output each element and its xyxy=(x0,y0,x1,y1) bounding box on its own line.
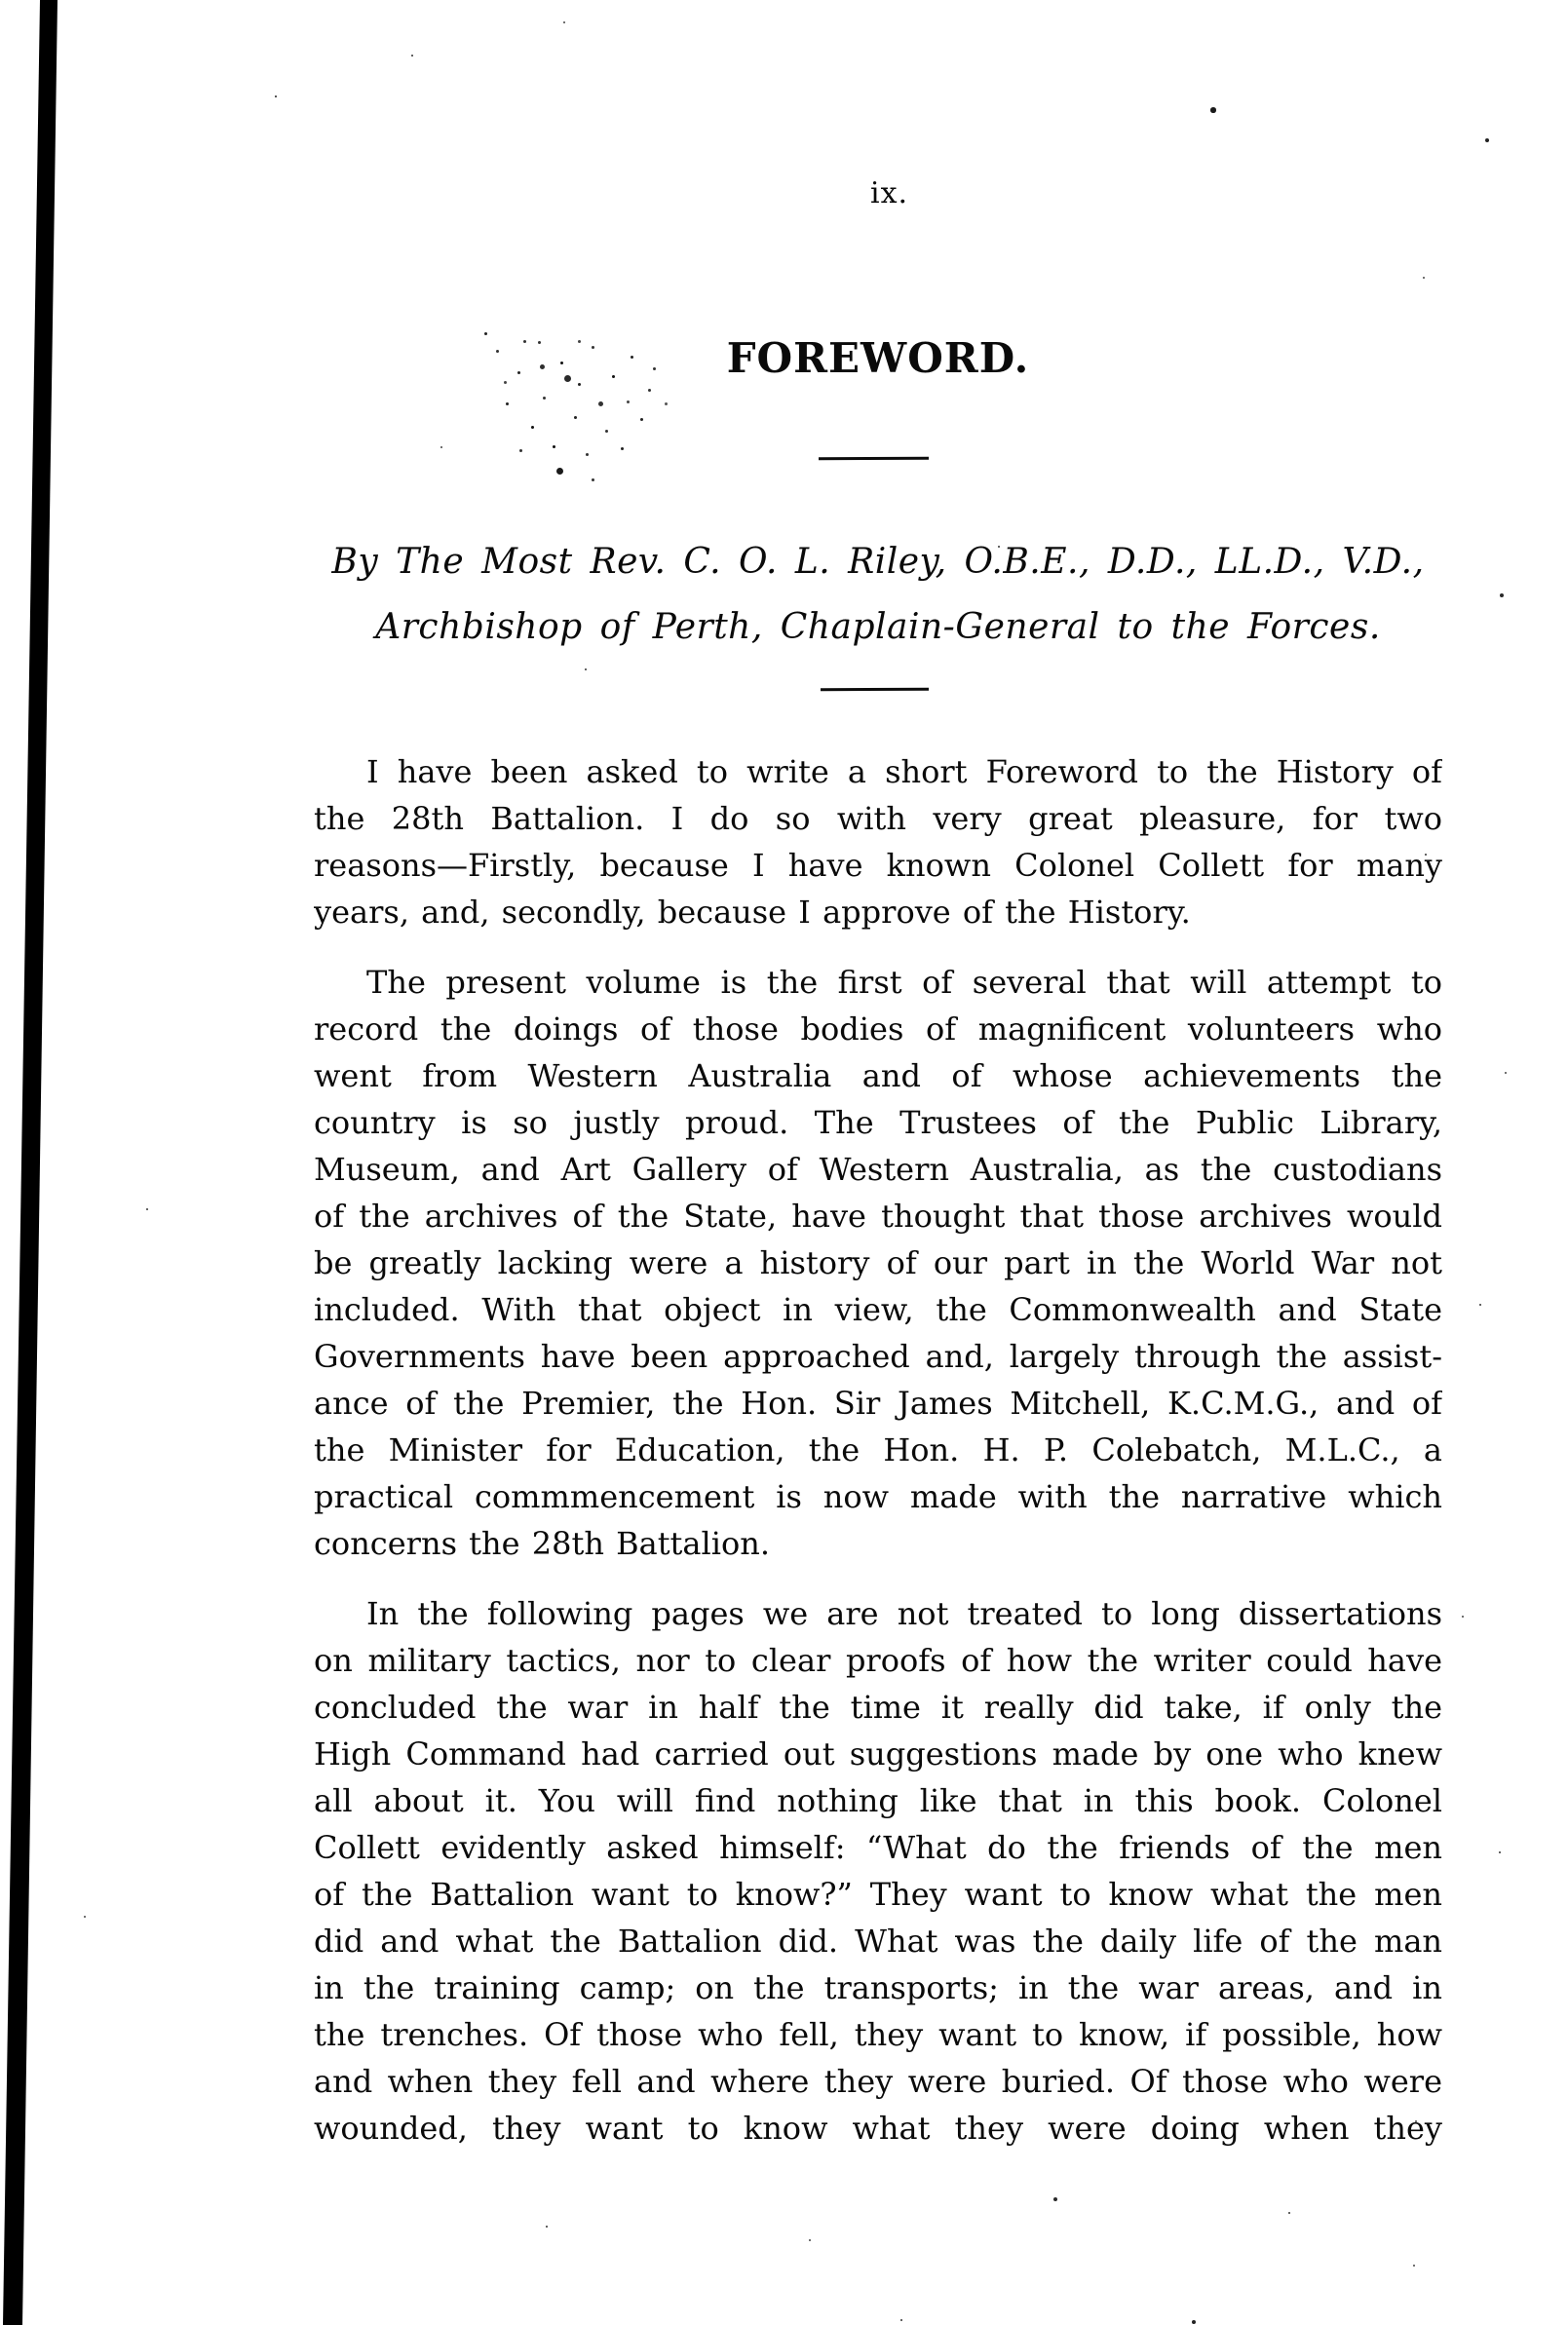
text-line: concluded the war in half the time it re… xyxy=(314,1684,1442,1731)
text-line: Collett evidently asked himself: “What d… xyxy=(314,1824,1442,1871)
text-line: country is so justly proud. The Trustees… xyxy=(314,1099,1442,1146)
text-line: High Command had carried out suggestions… xyxy=(314,1731,1442,1777)
byline-line-2: Archbishop of Perth, Chaplain-General to… xyxy=(314,594,1442,660)
paragraph-1: I have been asked to write a short Forew… xyxy=(314,748,1442,935)
byline-line-1: By The Most Rev. C. O. L. Riley, O.B.E.,… xyxy=(314,529,1442,594)
text-line: the trenches. Of those who fell, they wa… xyxy=(314,2011,1442,2058)
body-text: I have been asked to write a short Forew… xyxy=(314,748,1442,2175)
text-line: I have been asked to write a short Forew… xyxy=(314,748,1442,795)
text-line: did and what the Battalion did. What was… xyxy=(314,1918,1442,1964)
text-line: practical commmencement is now made with… xyxy=(314,1473,1442,1520)
text-line: of the Battalion want to know?” They wan… xyxy=(314,1871,1442,1918)
text-line: concerns the 28th Battalion. xyxy=(314,1520,1442,1567)
paragraph-2: The present volume is the first of sever… xyxy=(314,959,1442,1567)
text-line: record the doings of those bodies of mag… xyxy=(314,1006,1442,1052)
text-line: be greatly lacking were a history of our… xyxy=(314,1239,1442,1286)
text-line: in the training camp; on the transports;… xyxy=(314,1964,1442,2011)
text-line: ance of the Premier, the Hon. Sir James … xyxy=(314,1380,1442,1427)
text-line: on military tactics, nor to clear proofs… xyxy=(314,1637,1442,1684)
text-line: In the following pages we are not treate… xyxy=(314,1590,1442,1637)
text-line: reasons—Firstly, because I have known Co… xyxy=(314,842,1442,889)
text-line: and when they fell and where they were b… xyxy=(314,2058,1442,2105)
page-number: ix. xyxy=(870,179,908,209)
scanned-book-page: ix. FOREWORD. By The Most Rev. C. O. L. … xyxy=(0,0,1568,2325)
text-line: the Minister for Education, the Hon. H. … xyxy=(314,1427,1442,1473)
text-line: all about it. You will find nothing like… xyxy=(314,1777,1442,1824)
text-line: Museum, and Art Gallery of Western Austr… xyxy=(314,1146,1442,1193)
byline: By The Most Rev. C. O. L. Riley, O.B.E.,… xyxy=(314,529,1442,660)
text-line: years, and, secondly, because I approve … xyxy=(314,889,1442,935)
text-line: The present volume is the first of sever… xyxy=(314,959,1442,1006)
scan-noise xyxy=(484,332,487,335)
scan-noise xyxy=(275,95,277,97)
divider-rule xyxy=(821,688,929,691)
text-line: wounded, they want to know what they wer… xyxy=(314,2105,1442,2152)
paragraph-3: In the following pages we are not treate… xyxy=(314,1590,1442,2152)
text-line: included. With that object in view, the … xyxy=(314,1286,1442,1333)
text-line: Governments have been approached and, la… xyxy=(314,1333,1442,1380)
page-title: FOREWORD. xyxy=(314,337,1442,380)
text-line: of the archives of the State, have thoug… xyxy=(314,1193,1442,1239)
text-line: the 28th Battalion. I do so with very gr… xyxy=(314,795,1442,842)
text-line: went from Western Australia and of whose… xyxy=(314,1052,1442,1099)
divider-rule xyxy=(819,457,929,460)
